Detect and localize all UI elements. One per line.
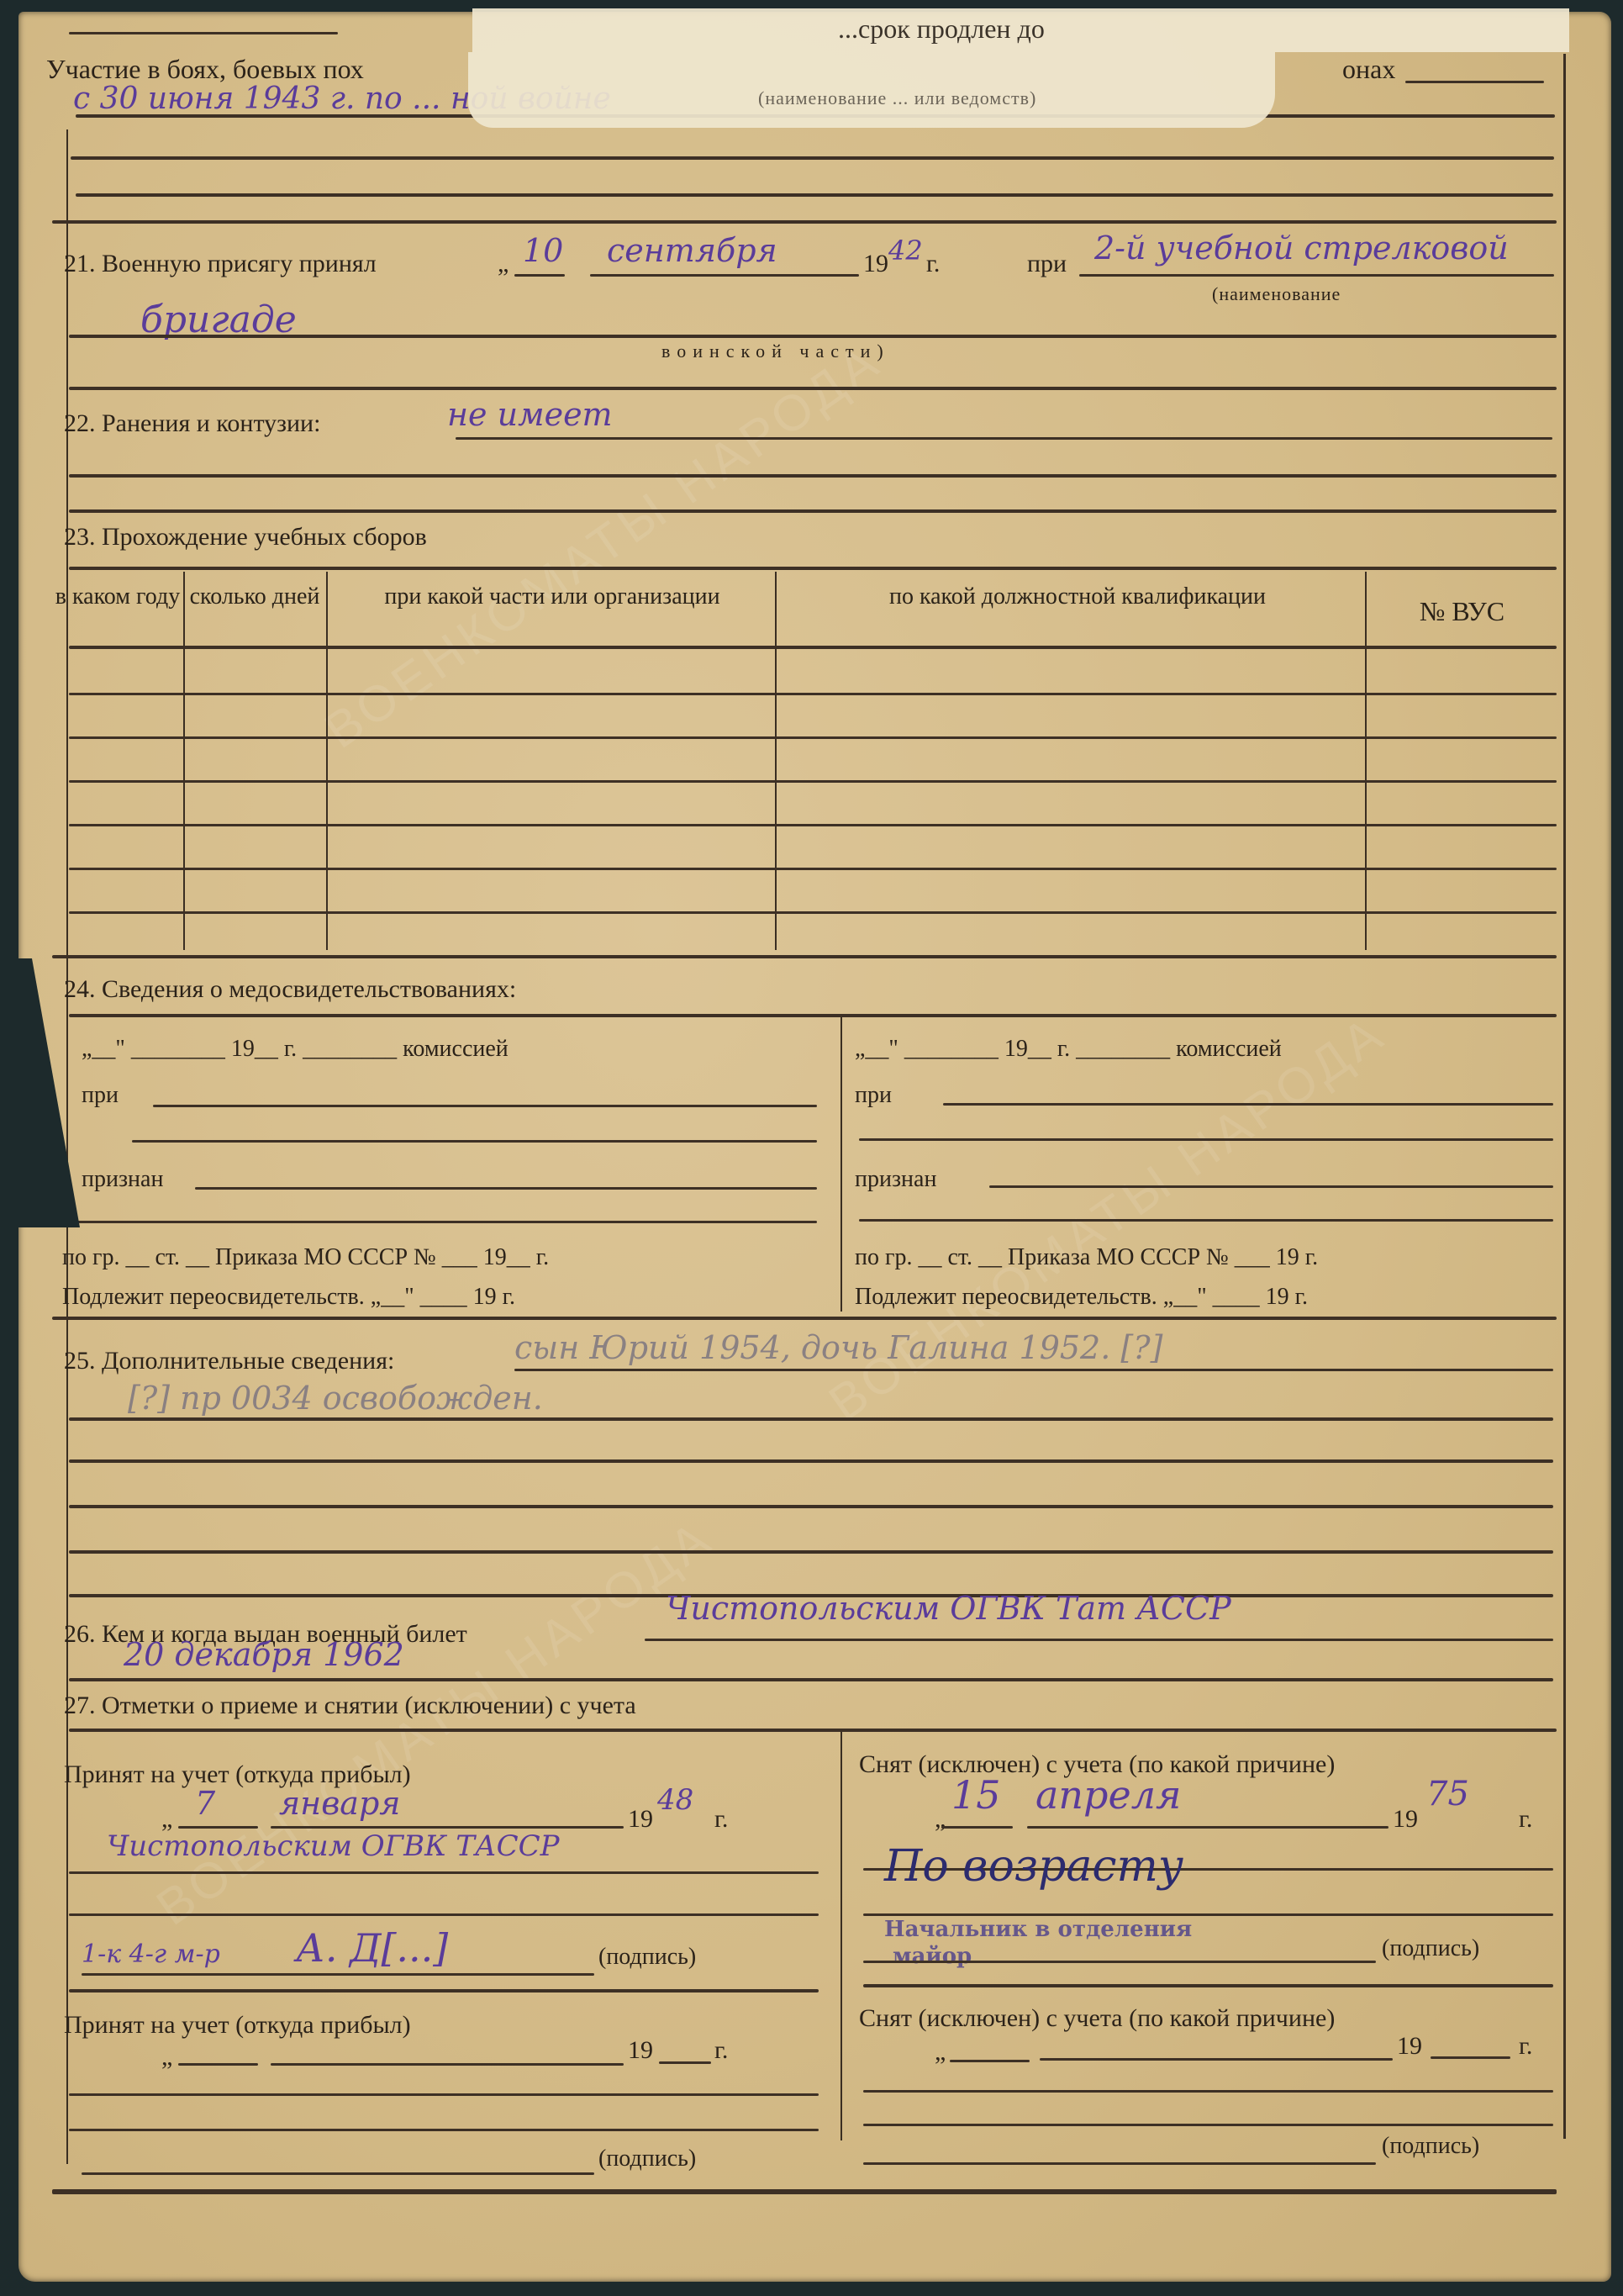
accepted2-title: Принят на учет (откуда прибыл): [64, 2013, 411, 2038]
rule: [52, 220, 1557, 224]
removed1-stamp-line1: Начальник в отделения: [884, 1919, 1192, 1940]
table-header-qualification: по какой должностной квалификации: [859, 583, 1296, 610]
rule: [69, 1871, 819, 1874]
rule: [76, 193, 1553, 197]
table-header-rule: [69, 646, 1557, 649]
removed2-year-g: г.: [1519, 2034, 1532, 2059]
rule: [645, 1639, 1553, 1641]
rule: [69, 1417, 1553, 1421]
ticket-issuer: Чистопольским ОГВК Тат АССР: [666, 1592, 1231, 1624]
rule: [863, 1913, 1553, 1916]
table-header-vus: № ВУС: [1367, 596, 1557, 627]
oath-year-prefix: 19: [863, 251, 888, 277]
med-right-pri: при: [855, 1084, 892, 1107]
rule: [271, 2063, 624, 2066]
table-top-rule: [69, 567, 1557, 570]
rule: [132, 1140, 817, 1143]
rule: [69, 1459, 1553, 1463]
rule: [456, 437, 1552, 440]
rule: [69, 1913, 819, 1916]
removed2-sign-caption: (подпись): [1382, 2135, 1479, 2158]
section27-label: 27. Отметки о приеме и снятии (исключени…: [64, 1693, 636, 1718]
top-rule: [69, 32, 338, 34]
rule: [69, 1729, 1557, 1732]
rule: [943, 1103, 1553, 1106]
med-left-date-line: „__" ________ 19__ г. ________ комиссией: [82, 1037, 509, 1061]
rule: [195, 1187, 817, 1190]
oath-year-suffix: 42: [888, 237, 923, 264]
oath-year-g: г.: [926, 251, 940, 277]
accepted1-from: Чистопольским ОГВК ТАССР: [107, 1832, 560, 1861]
rule: [989, 1185, 1553, 1188]
med-right-reexam-line: Подлежит переосвидетельств. „__" ____ 19…: [855, 1285, 1308, 1309]
oath-month: сентября: [607, 235, 777, 267]
rule: [1431, 2056, 1510, 2059]
rule: [863, 2090, 1553, 2093]
quote-mark: „: [161, 2045, 172, 2070]
med-left-order-line: по гр. __ ст. __ Приказа МО СССР № ___ 1…: [62, 1246, 549, 1269]
rule: [69, 2093, 819, 2096]
accepted1-day: 7: [195, 1787, 215, 1819]
rule: [1405, 81, 1544, 83]
oath-pri-label: при: [1027, 251, 1067, 277]
removed1-month: апреля: [1035, 1776, 1181, 1814]
quote-mark: „: [161, 1807, 172, 1832]
wounds-value: не имеет: [447, 399, 613, 430]
rule: [69, 1505, 1553, 1508]
accepted1-signature: А. Д[...]: [296, 1929, 448, 1967]
rule: [514, 1369, 1553, 1371]
quote-mark: „: [498, 251, 509, 277]
accepted2-sign-caption: (подпись): [598, 2147, 696, 2171]
rule: [82, 1973, 594, 1976]
rule: [69, 1550, 1553, 1554]
removed2-title: Снят (исключен) с учета (по какой причин…: [859, 2006, 1335, 2031]
removed1-year-g: г.: [1519, 1807, 1532, 1832]
table-row: [69, 911, 1557, 914]
removed1-stamp-line2: майор: [893, 1945, 972, 1967]
top-overlay-text: ...срок продлен до: [838, 15, 1045, 42]
rule: [514, 274, 565, 277]
rule: [178, 1826, 258, 1829]
removed2-year-prefix: 19: [1397, 2034, 1422, 2059]
rule: [69, 1989, 819, 1993]
table-row: [69, 824, 1557, 826]
section27-divider: [840, 1732, 842, 2140]
accepted1-sign-caption: (подпись): [598, 1945, 696, 1969]
table-col-divider: [183, 572, 185, 950]
removed1-year-prefix: 19: [1393, 1807, 1418, 1832]
oath-unit-line1: 2-й учебной стрелковой: [1094, 232, 1509, 264]
section20-tape-caption: (наименование ... или ведомств): [758, 89, 1036, 108]
removed1-day: 15: [951, 1776, 1001, 1814]
additional-info-line2: [?] пр 0034 освобожден.: [128, 1382, 543, 1414]
med-left-reexam-line: Подлежит переосвидетельств. „__" ____ 19…: [62, 1285, 515, 1309]
table-header-days: сколько дней: [185, 583, 324, 610]
section20-label-end: онах: [1342, 55, 1395, 82]
bottom-rule: [52, 2189, 1557, 2194]
accepted2-year-g: г.: [714, 2038, 728, 2063]
section20-label-start: Участие в боях, боевых пох: [46, 55, 364, 82]
med-right-priznan: признан: [855, 1168, 936, 1191]
rule: [71, 156, 1554, 160]
rule: [1027, 1826, 1389, 1829]
rule: [69, 387, 1557, 390]
quote-mark: „: [935, 2040, 946, 2065]
section21-label: 21. Военную присягу принял: [64, 251, 377, 277]
section24-label: 24. Сведения о медосвидетельствованиях:: [64, 977, 516, 1002]
section24-divider: [840, 1017, 842, 1312]
table-row: [69, 868, 1557, 870]
section22-label: 22. Ранения и контузии:: [64, 411, 320, 436]
accepted1-year-prefix: 19: [628, 1807, 653, 1832]
rule: [271, 1826, 624, 1829]
rule: [863, 1984, 1553, 1987]
accepted1-signer-rank: 1-к 4-г м-р: [82, 1942, 220, 1967]
med-right-date-line: „__" ________ 19__ г. ________ комиссией: [855, 1037, 1282, 1061]
rule: [82, 2172, 594, 2175]
table-col-divider: [775, 572, 777, 950]
oath-day: 10: [523, 235, 563, 267]
section23-label: 23. Прохождение учебных сборов: [64, 525, 427, 550]
rule: [859, 1138, 1553, 1141]
rule: [69, 2129, 819, 2131]
rule: [69, 335, 1557, 338]
rule: [863, 2162, 1376, 2165]
accepted1-year-suffix: 48: [657, 1786, 693, 1814]
oath-unit-line2: бригаде: [140, 302, 297, 339]
rule: [178, 2063, 258, 2066]
frame-right-border: [1563, 54, 1566, 2139]
oath-caption-bottom: воинской части): [661, 342, 890, 361]
rule: [69, 1014, 1557, 1017]
med-left-pri: при: [82, 1084, 119, 1107]
rule: [69, 1678, 1553, 1681]
rule: [69, 509, 1557, 513]
rule: [69, 1221, 817, 1223]
rule: [941, 1826, 1013, 1829]
rule: [52, 1317, 1557, 1320]
removed1-year-suffix: 75: [1426, 1777, 1469, 1811]
accepted2-year-prefix: 19: [628, 2038, 653, 2063]
removed1-reason: По возрасту: [884, 1845, 1183, 1888]
rule: [1079, 274, 1554, 277]
table-header-unit: при какой части или организации: [371, 583, 733, 610]
table-col-divider: [1365, 572, 1367, 950]
additional-info-line1: сын Юрий 1954, дочь Галина 1952. [?]: [514, 1332, 1162, 1364]
rule: [1040, 2058, 1393, 2061]
removed1-sign-caption: (подпись): [1382, 1937, 1479, 1961]
table-row: [69, 693, 1557, 695]
rule: [590, 274, 859, 277]
rule: [69, 474, 1557, 478]
accepted1-month: января: [279, 1787, 400, 1819]
table-row: [69, 780, 1557, 783]
document-page: ВОЕНКОМАТЫ НАРОДА ВОЕНКОМАТЫ НАРОДА ВОЕН…: [18, 12, 1611, 2282]
rule: [859, 1219, 1553, 1222]
med-left-priznan: признан: [82, 1168, 163, 1191]
rule: [863, 1961, 1376, 1963]
table-col-divider: [326, 572, 328, 950]
med-right-order-line: по гр. __ ст. __ Приказа МО СССР № ___ 1…: [855, 1246, 1318, 1269]
ticket-issue-date: 20 декабря 1962: [124, 1639, 404, 1671]
rule: [659, 2061, 711, 2064]
rule: [153, 1105, 817, 1107]
table-header-year: в каком году: [52, 583, 183, 610]
table-row: [69, 736, 1557, 739]
accepted1-year-g: г.: [714, 1807, 728, 1832]
oath-caption-top: (наименование: [1212, 285, 1341, 303]
rule: [52, 955, 1557, 958]
accepted1-title: Принят на учет (откуда прибыл): [64, 1762, 411, 1787]
section25-label: 25. Дополнительные сведения:: [64, 1349, 394, 1374]
rule: [950, 2060, 1030, 2062]
rule: [863, 2124, 1553, 2126]
